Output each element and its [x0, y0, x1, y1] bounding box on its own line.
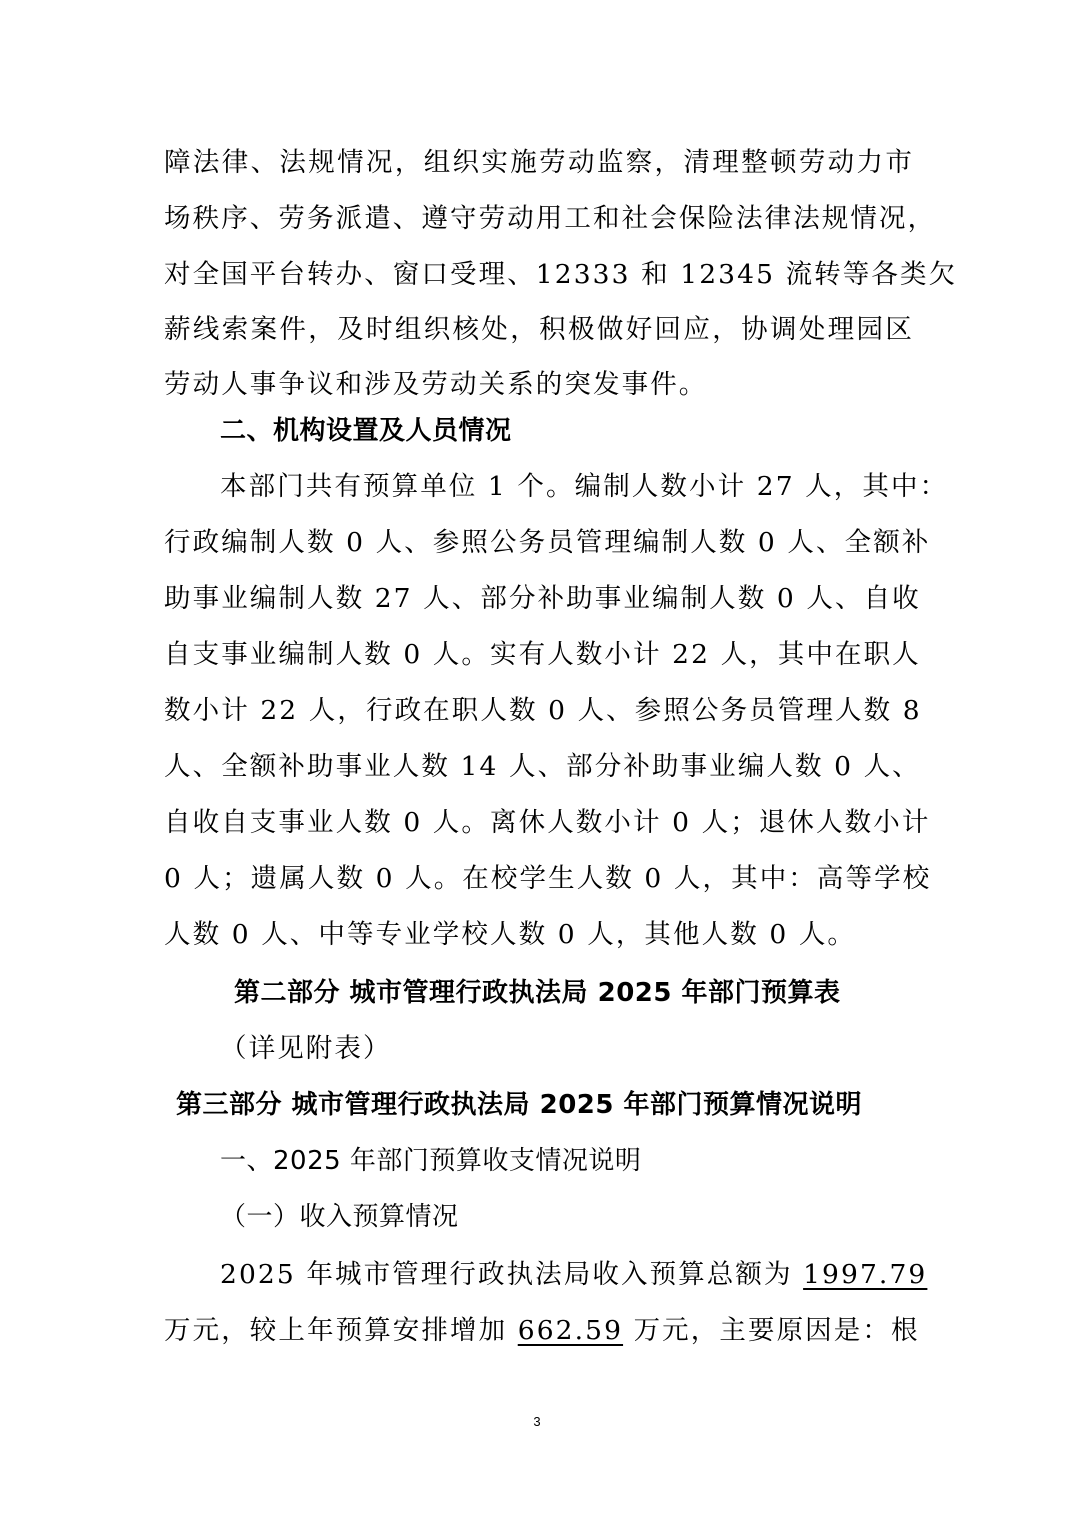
paragraph-line: 人数 0 人、中等专业学校人数 0 人，其他人数 0 人。: [164, 918, 914, 952]
paragraph-line: 薪线索案件，及时组织核处，积极做好回应，协调处理园区: [164, 313, 914, 347]
income-line-1: 2025 年城市管理行政执法局收入预算总额为 1997.79: [220, 1258, 914, 1292]
part2-heading: 第二部分 城市管理行政执法局 2025 年部门预算表: [234, 976, 841, 1010]
paragraph-line: 0 人；遗属人数 0 人。在校学生人数 0 人，其中：高等学校: [164, 862, 914, 896]
part3-subsection-heading: （一）收入预算情况: [220, 1200, 459, 1234]
page-number: 3: [0, 1414, 1074, 1429]
paragraph-line: 数小计 22 人，行政在职人数 0 人、参照公务员管理人数 8: [164, 694, 914, 728]
paragraph-line: 自收自支事业人数 0 人。离休人数小计 0 人；退休人数小计: [164, 806, 914, 840]
part3-heading: 第三部分 城市管理行政执法局 2025 年部门预算情况说明: [176, 1088, 862, 1122]
paragraph-line: 场秩序、劳务派遣、遵守劳动用工和社会保险法律法规情况，: [164, 202, 914, 236]
part3-subheading: 一、2025 年部门预算收支情况说明: [220, 1144, 641, 1178]
paragraph-line: 劳动人事争议和涉及劳动关系的突发事件。: [164, 368, 914, 402]
section-heading: 二、机构设置及人员情况: [220, 414, 512, 448]
income-line-2: 万元，较上年预算安排增加 662.59 万元，主要原因是：根: [164, 1314, 914, 1348]
paragraph-line: 自支事业编制人数 0 人。实有人数小计 22 人，其中在职人: [164, 638, 914, 672]
income-increase-amount: 662.59: [518, 1315, 623, 1346]
part2-note: （详见附表）: [220, 1032, 392, 1066]
paragraph-line: 人、全额补助事业人数 14 人、部分补助事业编人数 0 人、: [164, 750, 914, 784]
document-page: 障法律、法规情况，组织实施劳动监察，清理整顿劳动力市 场秩序、劳务派遣、遵守劳动…: [0, 0, 1074, 1520]
income-text: 万元，较上年预算安排增加: [164, 1315, 518, 1346]
paragraph-line: 对全国平台转办、窗口受理、12333 和 12345 流转等各类欠: [164, 258, 914, 292]
paragraph-line: 行政编制人数 0 人、参照公务员管理编制人数 0 人、全额补: [164, 526, 914, 560]
income-total-amount: 1997.79: [803, 1259, 927, 1290]
income-text: 万元，主要原因是：根: [623, 1315, 920, 1346]
paragraph-line: 本部门共有预算单位 1 个。编制人数小计 27 人，其中：: [220, 470, 914, 504]
income-text: 2025 年城市管理行政执法局收入预算总额为: [220, 1259, 803, 1290]
paragraph-line: 障法律、法规情况，组织实施劳动监察，清理整顿劳动力市: [164, 146, 914, 180]
paragraph-line: 助事业编制人数 27 人、部分补助事业编制人数 0 人、自收: [164, 582, 914, 616]
